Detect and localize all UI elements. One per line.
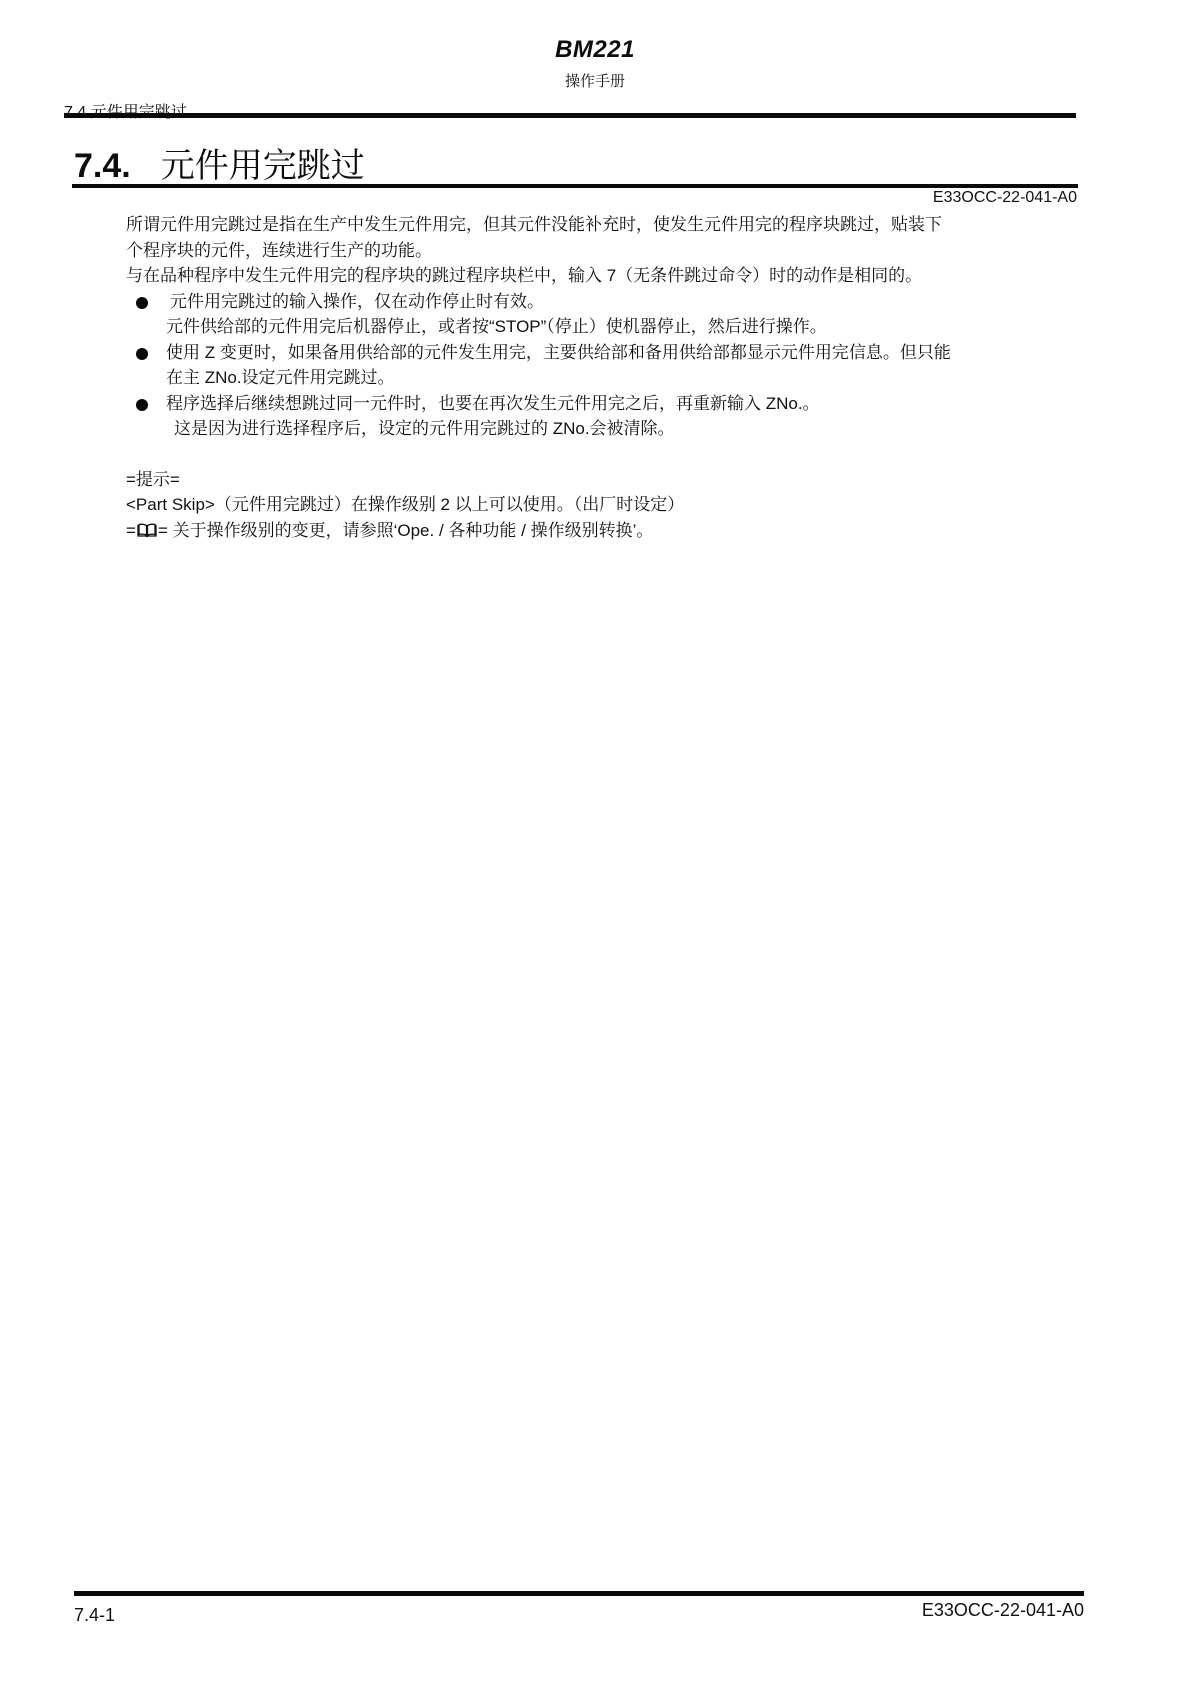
list-item-text: 在主 ZNo.设定元件用完跳过。 (166, 365, 1081, 391)
ref-text: 关于操作级别的变更，请参照‘Ope. / 各种功能 / 操作级别转换’。 (168, 521, 653, 540)
hint-block: =提示= <Part Skip>（元件用完跳过）在操作级别 2 以上可以使用。（… (126, 467, 1081, 544)
document-subtitle: 操作手册 (0, 70, 1190, 91)
manual-page: BM221 操作手册 7.4 元件用完跳过 7.4.元件用完跳过 E33OCC-… (0, 0, 1190, 1683)
section-number: 7.4. (74, 147, 131, 185)
ref-prefix: = (126, 521, 136, 540)
list-item: 使用 Z 变更时，如果备用供给部的元件发生用完，主要供给部和备用供给部都显示元件… (126, 340, 1081, 391)
section-heading: 7.4.元件用完跳过 (74, 138, 365, 187)
running-head: 7.4 元件用完跳过 (64, 99, 187, 122)
header-rule (64, 113, 1076, 118)
intro-line: 个程序块的元件，连续进行生产的功能。 (126, 241, 432, 260)
section-rule (72, 184, 1078, 188)
document-code: E33OCC-22-041-A0 (933, 189, 1077, 207)
list-item-text: 这是因为进行选择程序后，设定的元件用完跳过的 ZNo.会被清除。 (166, 416, 1081, 442)
list-item: 元件用完跳过的输入操作，仅在动作停止时有效。 元件供给部的元件用完后机器停止，或… (126, 289, 1081, 340)
notes-list: 元件用完跳过的输入操作，仅在动作停止时有效。 元件供给部的元件用完后机器停止，或… (126, 289, 1081, 442)
page-number: 7.4-1 (74, 1605, 115, 1626)
book-icon (137, 520, 157, 535)
intro-line: 所谓元件用完跳过是指在生产中发生元件用完，但其元件没能补充时，使发生元件用完的程… (126, 215, 942, 234)
list-item-text: 程序选择后继续想跳过同一元件时，也要在再次发生元件用完之后，再重新输入 ZNo.… (166, 391, 1081, 417)
intro-line: 与在品种程序中发生元件用完的程序块的跳过程序块栏中，输入 7（无条件跳过命令）时… (126, 266, 922, 285)
footer-document-code: E33OCC-22-041-A0 (922, 1600, 1084, 1621)
list-item-text: 元件供给部的元件用完后机器停止，或者按“STOP”（停止）使机器停止，然后进行操… (166, 314, 1081, 340)
bullet-icon (136, 297, 148, 309)
document-title: BM221 (0, 36, 1190, 64)
bullet-icon (136, 348, 148, 360)
intro-paragraph: 所谓元件用完跳过是指在生产中发生元件用完，但其元件没能补充时，使发生元件用完的程… (126, 212, 1081, 289)
ref-suffix: = (158, 521, 168, 540)
list-item-text: 元件用完跳过的输入操作，仅在动作停止时有效。 (166, 289, 1081, 315)
hint-heading: =提示= (126, 467, 1081, 493)
footer-rule (74, 1591, 1084, 1596)
hint-text: <Part Skip>（元件用完跳过）在操作级别 2 以上可以使用。（出厂时设定… (126, 492, 1081, 518)
bullet-icon (136, 399, 148, 411)
body-content: 所谓元件用完跳过是指在生产中发生元件用完，但其元件没能补充时，使发生元件用完的程… (126, 212, 1081, 543)
list-item-text: 使用 Z 变更时，如果备用供给部的元件发生用完，主要供给部和备用供给部都显示元件… (166, 340, 1081, 366)
hint-reference: == 关于操作级别的变更，请参照‘Ope. / 各种功能 / 操作级别转换’。 (126, 518, 1081, 544)
list-item: 程序选择后继续想跳过同一元件时，也要在再次发生元件用完之后，再重新输入 ZNo.… (126, 391, 1081, 442)
section-title-text: 元件用完跳过 (161, 147, 365, 185)
